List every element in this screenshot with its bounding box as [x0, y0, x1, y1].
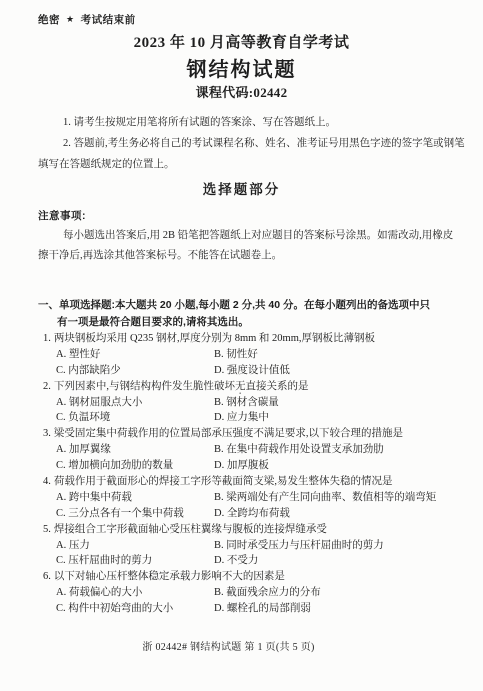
exam-paper-page: 绝密★考试结束前 2023 年 10 月高等教育自学考试 钢结构试题 课程代码:… — [0, 0, 483, 691]
option-row-cd: C. 增加横向加劲肋的数量 D. 加厚腹板 — [38, 458, 481, 474]
option-d: D. 加厚腹板 — [214, 458, 269, 474]
option-d: D. 应力集中 — [214, 410, 269, 426]
notice-block: 注意事项: 每小题选出答案后,用 2B 铅笔把答题纸上对应题目的答案标号涂黑。如… — [38, 206, 463, 266]
star-icon: ★ — [66, 14, 75, 24]
question-list: 1.两块钢板均采用 Q235 钢材,厚度分别为 8mm 和 20mm,厚钢板比薄… — [38, 331, 481, 617]
option-row-ab: A. 钢材屈服点大小 B. 钢材含碳量 — [38, 395, 481, 411]
option-row-ab: A. 加厚翼缘 B. 在集中荷载作用处设置支承加劲肋 — [38, 442, 481, 458]
option-row-cd: C. 三分点各有一个集中荷载 D. 全跨均布荷载 — [38, 506, 481, 522]
option-c: C. 构件中初始弯曲的大小 — [56, 601, 214, 617]
question-stem: 2.下列因素中,与钢结构构件发生脆性破坏无直接关系的是 — [38, 379, 481, 395]
notice-line-1: 每小题选出答案后,用 2B 铅笔把答题纸上对应题目的答案标号涂黑。如需改动,用橡… — [38, 226, 463, 246]
option-a: A. 压力 — [56, 538, 214, 554]
classification-phase: 考试结束前 — [81, 14, 136, 26]
question-number: 5. — [43, 524, 51, 535]
notice-label: 注意事项: — [38, 206, 463, 226]
option-row-cd: C. 压杆屈曲时的剪力 D. 不受力 — [38, 553, 481, 569]
option-d: D. 不受力 — [214, 553, 258, 569]
question-stem: 4.荷载作用于截面形心的焊接工字形等截面简支梁,易发生整体失稳的情况是 — [38, 474, 481, 490]
option-b: B. 截面残余应力的分布 — [214, 585, 321, 601]
question-block: 5.焊接组合工字形截面轴心受压柱翼缘与腹板的连接焊缝承受 A. 压力 B. 同时… — [38, 522, 481, 570]
mcq-heading-line-1: 一、单项选择题:本大题共 20 小题,每小题 2 分,共 40 分。在每小题列出… — [38, 297, 473, 314]
question-number: 2. — [43, 381, 51, 392]
option-row-ab: A. 塑性好 B. 韧性好 — [38, 347, 481, 363]
instruction-item-2-line-1: 2. 答题前,考生务必将自己的考试课程名称、姓名、准考证号用黑色字迹的签字笔或钢… — [38, 133, 463, 154]
question-block: 2.下列因素中,与钢结构构件发生脆性破坏无直接关系的是 A. 钢材屈服点大小 B… — [38, 379, 481, 427]
option-b: B. 同时承受压力与压杆屈曲时的剪力 — [214, 538, 384, 554]
option-b: B. 韧性好 — [214, 347, 258, 363]
question-text: 荷载作用于截面形心的焊接工字形等截面简支梁,易发生整体失稳的情况是 — [54, 476, 393, 487]
question-text: 以下对轴心压杆整体稳定承载力影响不大的因素是 — [54, 571, 285, 582]
course-code: 课程代码:02442 — [0, 82, 483, 101]
option-d: D. 全跨均布荷载 — [214, 506, 290, 522]
question-block: 4.荷载作用于截面形心的焊接工字形等截面简支梁,易发生整体失稳的情况是 A. 跨… — [38, 474, 481, 522]
question-text: 下列因素中,与钢结构构件发生脆性破坏无直接关系的是 — [54, 381, 309, 392]
option-c: C. 三分点各有一个集中荷载 — [56, 506, 214, 522]
question-block: 6.以下对轴心压杆整体稳定承载力影响不大的因素是 A. 荷载偏心的大小 B. 截… — [38, 569, 481, 617]
notice-line-2: 擦干净后,再选涂其他答案标号。不能答在试题卷上。 — [38, 246, 463, 266]
option-row-ab: A. 荷载偏心的大小 B. 截面残余应力的分布 — [38, 585, 481, 601]
exam-session-title: 2023 年 10 月高等教育自学考试 — [0, 31, 483, 52]
option-b: B. 梁两端处有产生同向曲率、数值相等的端弯矩 — [214, 490, 436, 506]
mcq-heading-line-2: 有一项是最符合题目要求的,请将其选出。 — [38, 314, 473, 331]
option-c: C. 内部缺陷少 — [56, 363, 214, 379]
mcq-section-heading: 一、单项选择题:本大题共 20 小题,每小题 2 分,共 40 分。在每小题列出… — [38, 297, 473, 331]
classification-level: 绝密 — [38, 14, 60, 26]
option-row-cd: C. 负温环境 D. 应力集中 — [38, 410, 481, 426]
option-row-ab: A. 跨中集中荷载 B. 梁两端处有产生同向曲率、数值相等的端弯矩 — [38, 490, 481, 506]
instruction-item-1: 1. 请考生按规定用笔将所有试题的答案涂、写在答题纸上。 — [38, 112, 463, 133]
option-a: A. 钢材屈服点大小 — [56, 395, 214, 411]
instruction-item-2-line-2: 填写在答题纸规定的位置上。 — [38, 154, 463, 175]
emphasized-text: 无 — [235, 381, 246, 392]
question-number: 6. — [43, 571, 51, 582]
question-stem: 1.两块钢板均采用 Q235 钢材,厚度分别为 8mm 和 20mm,厚钢板比薄… — [38, 331, 481, 347]
question-text: 焊接组合工字形截面轴心受压柱翼缘与腹板的连接焊缝承受 — [54, 524, 327, 535]
option-a: A. 跨中集中荷载 — [56, 490, 214, 506]
option-c: C. 压杆屈曲时的剪力 — [56, 553, 214, 569]
option-c: C. 增加横向加劲肋的数量 — [56, 458, 214, 474]
question-number: 3. — [43, 428, 51, 439]
option-row-ab: A. 压力 B. 同时承受压力与压杆屈曲时的剪力 — [38, 538, 481, 554]
question-stem: 3.梁受固定集中荷载作用的位置局部承压强度不满足要求,以下较合理的措施是 — [38, 426, 481, 442]
question-stem: 6.以下对轴心压杆整体稳定承载力影响不大的因素是 — [38, 569, 481, 585]
option-a: A. 加厚翼缘 — [56, 442, 214, 458]
option-row-cd: C. 构件中初始弯曲的大小 D. 螺栓孔的局部削弱 — [38, 601, 481, 617]
option-a: A. 塑性好 — [56, 347, 214, 363]
option-d: D. 强度设计值低 — [214, 363, 290, 379]
question-block: 3.梁受固定集中荷载作用的位置局部承压强度不满足要求,以下较合理的措施是 A. … — [38, 426, 481, 474]
question-block: 1.两块钢板均采用 Q235 钢材,厚度分别为 8mm 和 20mm,厚钢板比薄… — [38, 331, 481, 379]
option-b: B. 钢材含碳量 — [214, 395, 279, 411]
section-title: 选择题部分 — [0, 178, 483, 198]
option-d: D. 螺栓孔的局部削弱 — [214, 601, 311, 617]
paper-title: 钢结构试题 — [0, 53, 483, 82]
general-instructions: 1. 请考生按规定用笔将所有试题的答案涂、写在答题纸上。 2. 答题前,考生务必… — [38, 112, 463, 175]
page-footer: 浙 02442# 钢结构试题 第 1 页(共 5 页) — [0, 638, 483, 653]
question-stem: 5.焊接组合工字形截面轴心受压柱翼缘与腹板的连接焊缝承受 — [38, 522, 481, 538]
option-row-cd: C. 内部缺陷少 D. 强度设计值低 — [38, 363, 481, 379]
question-number: 4. — [43, 476, 51, 487]
question-text: 两块钢板均采用 Q235 钢材,厚度分别为 8mm 和 20mm,厚钢板比薄钢板 — [54, 333, 375, 344]
question-text: 梁受固定集中荷载作用的位置局部承压强度不满足要求,以下较合理的措施是 — [54, 428, 403, 439]
classification-line: 绝密★考试结束前 — [38, 12, 136, 27]
option-c: C. 负温环境 — [56, 410, 214, 426]
option-b: B. 在集中荷载作用处设置支承加劲肋 — [214, 442, 384, 458]
option-a: A. 荷载偏心的大小 — [56, 585, 214, 601]
question-number: 1. — [43, 333, 51, 344]
